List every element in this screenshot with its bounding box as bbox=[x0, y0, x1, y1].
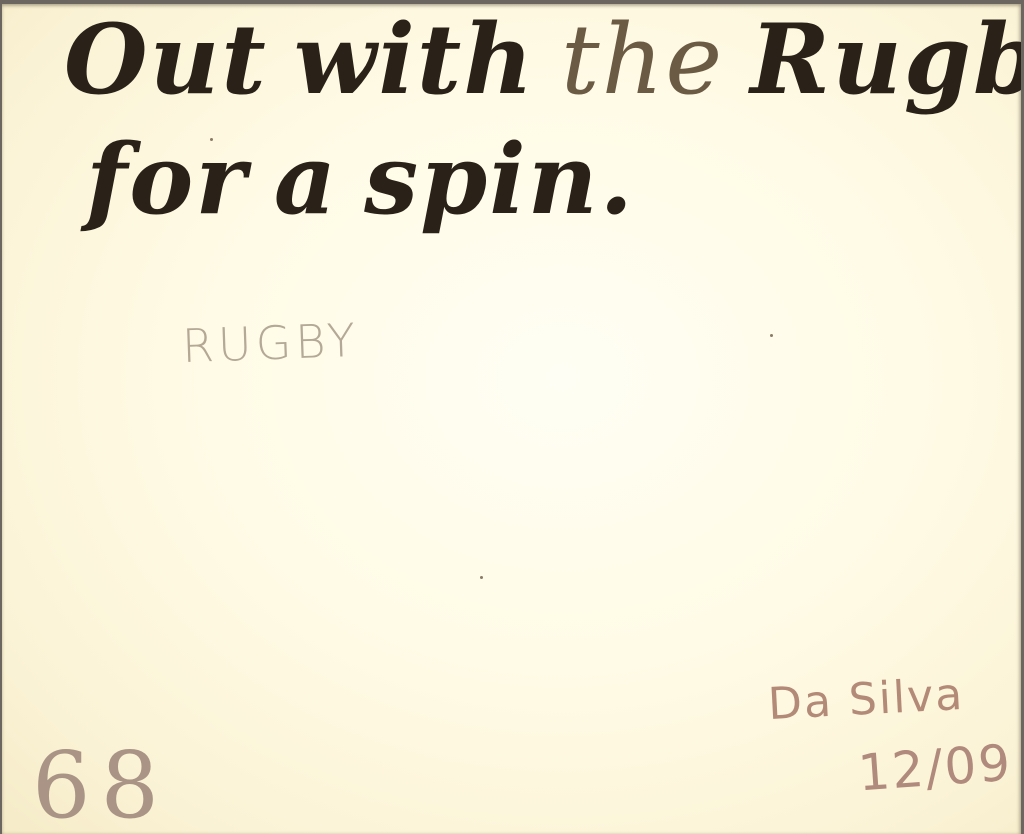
caption-line-1: OutwiththeRugby bbox=[64, 12, 1021, 108]
caption-word-the: the bbox=[561, 4, 724, 116]
caption-word-with: with bbox=[294, 4, 535, 116]
pencil-reference-number: 68 bbox=[32, 732, 169, 834]
caption-line-2: foraspin. bbox=[86, 132, 661, 228]
caption-word-rugby: Rugby bbox=[750, 4, 1021, 116]
pencil-attribution: Da Silva bbox=[767, 669, 966, 730]
caption-word-for: for bbox=[86, 123, 248, 236]
caption-word-a: a bbox=[274, 123, 338, 236]
pencil-subject-label: RUGBY bbox=[181, 313, 360, 373]
card-back: OutwiththeRugby foraspin. RUGBY Da Silva… bbox=[2, 4, 1021, 834]
ink-speck bbox=[770, 334, 773, 337]
ink-speck bbox=[210, 138, 213, 141]
pencil-date: 12/09 bbox=[856, 734, 1014, 803]
caption-word-out: Out bbox=[64, 4, 268, 116]
ink-speck bbox=[480, 576, 483, 579]
caption-word-spin: spin. bbox=[364, 123, 635, 236]
